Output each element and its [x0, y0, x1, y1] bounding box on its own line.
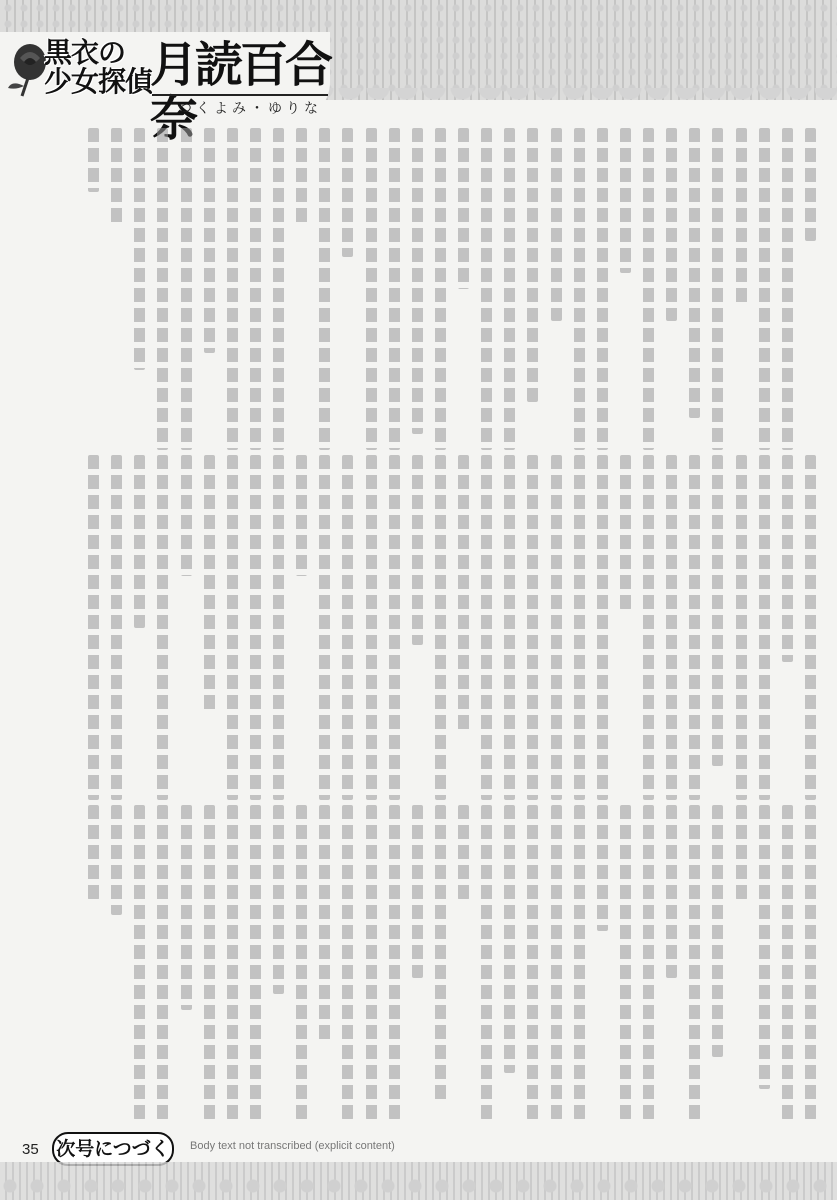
redacted-text-column [736, 455, 747, 800]
character-name-reading: つくよみ・ゆりな [178, 98, 322, 118]
redacted-text-column [412, 455, 423, 645]
redacted-text-column [111, 455, 122, 800]
redacted-text-column [574, 455, 585, 800]
redacted-text-column [319, 455, 330, 800]
redaction-note: Body text not transcribed (explicit cont… [190, 1140, 395, 1152]
redacted-text-column [88, 805, 99, 900]
redacted-text-column [250, 455, 261, 800]
text-tier-1 [88, 128, 816, 450]
redacted-text-column [319, 805, 330, 1041]
redacted-text-column [366, 128, 377, 450]
redacted-text-column [551, 805, 562, 1120]
redacted-text-column [273, 128, 284, 450]
continued-next-issue-badge: 次号につづく [52, 1132, 174, 1166]
series-title-line1: 黒衣の [44, 38, 152, 67]
redacted-text-column [481, 805, 492, 1120]
redacted-text-column [666, 805, 677, 978]
redacted-text-column [574, 805, 585, 1120]
redacted-text-column [643, 805, 654, 1120]
redacted-text-column [273, 455, 284, 800]
redacted-text-column [551, 128, 562, 321]
redacted-text-column [574, 128, 585, 450]
redacted-text-column [689, 455, 700, 800]
redacted-text-column [134, 455, 145, 628]
redacted-text-column [250, 805, 261, 1120]
redacted-text-column [504, 128, 515, 450]
redacted-text-column [782, 455, 793, 662]
redacted-text-column [342, 805, 353, 1120]
redacted-text-column [666, 455, 677, 800]
redacted-text-column [296, 805, 307, 1120]
redacted-text-column [88, 455, 99, 800]
title-block: 黒衣の 少女探偵 月読百合奈 つくよみ・ゆりな [0, 32, 330, 122]
redacted-text-column [782, 128, 793, 450]
redacted-text-column [227, 805, 238, 1120]
redacted-text-column [643, 455, 654, 800]
redacted-text-column [458, 128, 469, 289]
redacted-text-column [435, 455, 446, 800]
redacted-text-column [157, 455, 168, 800]
redacted-text-column [689, 805, 700, 1120]
redacted-text-column [712, 455, 723, 766]
redacted-text-column [227, 128, 238, 450]
text-tier-3 [88, 805, 816, 1120]
redacted-text-column [111, 128, 122, 225]
redacted-text-column [111, 805, 122, 915]
redacted-text-column [181, 805, 192, 1010]
lace-footer-border [0, 1162, 837, 1200]
redacted-text-column [689, 128, 700, 418]
redacted-text-column [759, 455, 770, 800]
redacted-text-column [435, 805, 446, 1104]
redacted-text-column [504, 805, 515, 1073]
redacted-text-column [389, 805, 400, 1120]
redacted-text-column [250, 128, 261, 450]
redacted-text-column [389, 128, 400, 450]
redacted-text-column [389, 455, 400, 800]
redacted-text-column [527, 805, 538, 1120]
redacted-text-column [597, 805, 608, 931]
redacted-text-column [805, 455, 816, 800]
redacted-text-column [227, 455, 238, 800]
redacted-text-column [458, 805, 469, 900]
redacted-text-column [134, 805, 145, 1120]
redacted-text-column [204, 805, 215, 1120]
series-title: 黒衣の 少女探偵 [44, 38, 152, 96]
redacted-text-column [273, 805, 284, 994]
redacted-text-column [342, 128, 353, 257]
redacted-text-column [620, 128, 631, 273]
redacted-text-column [319, 128, 330, 450]
redacted-text-column [805, 128, 816, 241]
redacted-text-column [181, 455, 192, 576]
text-tier-2 [88, 455, 816, 800]
redacted-text-column [204, 455, 215, 714]
redacted-text-column [527, 455, 538, 800]
page-number: 35 [22, 1141, 39, 1158]
redacted-text-column [366, 805, 377, 1120]
redacted-text-column [412, 128, 423, 434]
redacted-text-column [736, 128, 747, 305]
redacted-text-column [620, 455, 631, 610]
redacted-text-column [643, 128, 654, 450]
redacted-text-column [759, 128, 770, 450]
redacted-text-column [736, 805, 747, 900]
redacted-text-column [412, 805, 423, 978]
redacted-text-column [157, 805, 168, 1120]
redacted-text-column [712, 805, 723, 1057]
redacted-text-column [782, 805, 793, 1120]
redacted-text-column [551, 455, 562, 800]
redacted-text-column [296, 455, 307, 576]
redacted-text-column [620, 805, 631, 1120]
redacted-text-column [527, 128, 538, 402]
redacted-text-column [342, 455, 353, 800]
redacted-text-column [181, 128, 192, 450]
redacted-text-column [157, 128, 168, 450]
redacted-text-column [597, 128, 608, 450]
redacted-text-column [88, 128, 99, 192]
redacted-text-column [481, 455, 492, 800]
redacted-text-column [366, 455, 377, 800]
redacted-text-column [435, 128, 446, 450]
redacted-text-column [759, 805, 770, 1089]
redacted-text-column [296, 128, 307, 225]
redacted-text-column [666, 128, 677, 321]
redacted-text-column [597, 455, 608, 800]
redacted-text-column [712, 128, 723, 450]
redacted-text-column [481, 128, 492, 450]
redacted-text-column [204, 128, 215, 353]
redacted-text-column [805, 805, 816, 1120]
redacted-text-column [504, 455, 515, 800]
title-divider [152, 94, 328, 96]
redacted-text-column [134, 128, 145, 370]
series-title-line2: 少女探偵 [44, 67, 152, 96]
redacted-text-column [458, 455, 469, 731]
